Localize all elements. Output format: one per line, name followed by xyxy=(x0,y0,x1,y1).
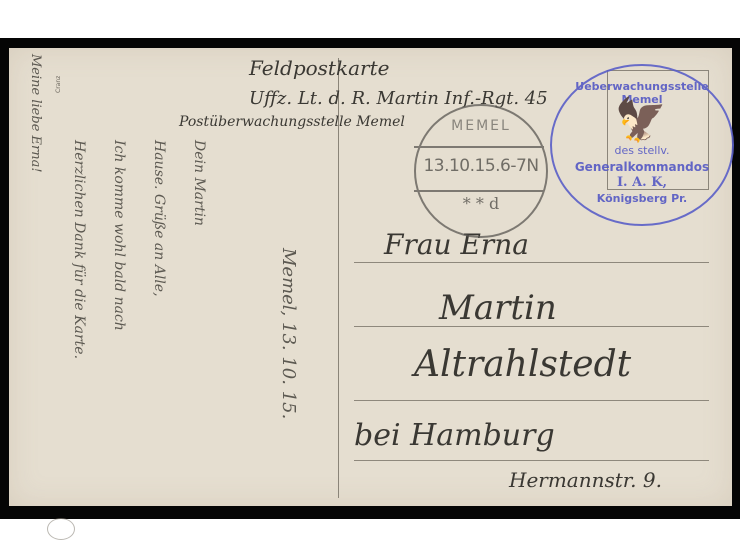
address-rule xyxy=(354,326,709,327)
sender-line: Uffz. Lt. d. R. Martin Inf.-Rgt. 45 xyxy=(249,88,548,109)
recipient-name-line2: Martin xyxy=(439,288,557,328)
message-dateline: Memel, 13. 10. 15. xyxy=(278,248,299,419)
address-rule xyxy=(354,460,709,461)
censor-line3: I. A. K, xyxy=(552,175,732,190)
recipient-region: bei Hamburg xyxy=(354,418,555,453)
card-type-heading: Feldpostkarte xyxy=(249,56,389,80)
recipient-street: Hermannstr. 9. xyxy=(509,468,662,492)
printer-mark: Cranz xyxy=(55,76,62,93)
address-rule xyxy=(354,262,709,263)
censor-stamp: Ueberwachungsstelle Memel 🦅 des stellv. … xyxy=(550,64,734,226)
eagle-icon: 🦅 xyxy=(610,96,672,144)
censor-line2: Generalkommandos xyxy=(552,160,732,174)
censor-line4: Königsberg Pr. xyxy=(552,192,732,205)
postmark-city: MEMEL xyxy=(416,118,546,134)
publisher-seal-icon xyxy=(47,518,75,540)
message-line: Dein Martin xyxy=(191,140,207,226)
address-rule xyxy=(354,400,709,401)
recipient-town: Altrahlstedt xyxy=(414,344,631,385)
message-line: Herzlichen Dank für die Karte. xyxy=(71,140,87,359)
postmark-date: 13.10.15.6-7N xyxy=(416,156,546,176)
postmark: MEMEL 13.10.15.6-7N * * d xyxy=(414,104,548,238)
message-line: Ich komme wohl bald nach xyxy=(111,140,127,331)
sender-unit-line: Postüberwachungsstelle Memel xyxy=(179,114,405,130)
censor-line1: des stellv. xyxy=(552,144,732,157)
message-header-line: Meine liebe Erna! xyxy=(28,54,43,173)
postmark-stars: * * d xyxy=(416,194,546,213)
message-line: Hause. Grüße an Alle, xyxy=(151,140,167,297)
